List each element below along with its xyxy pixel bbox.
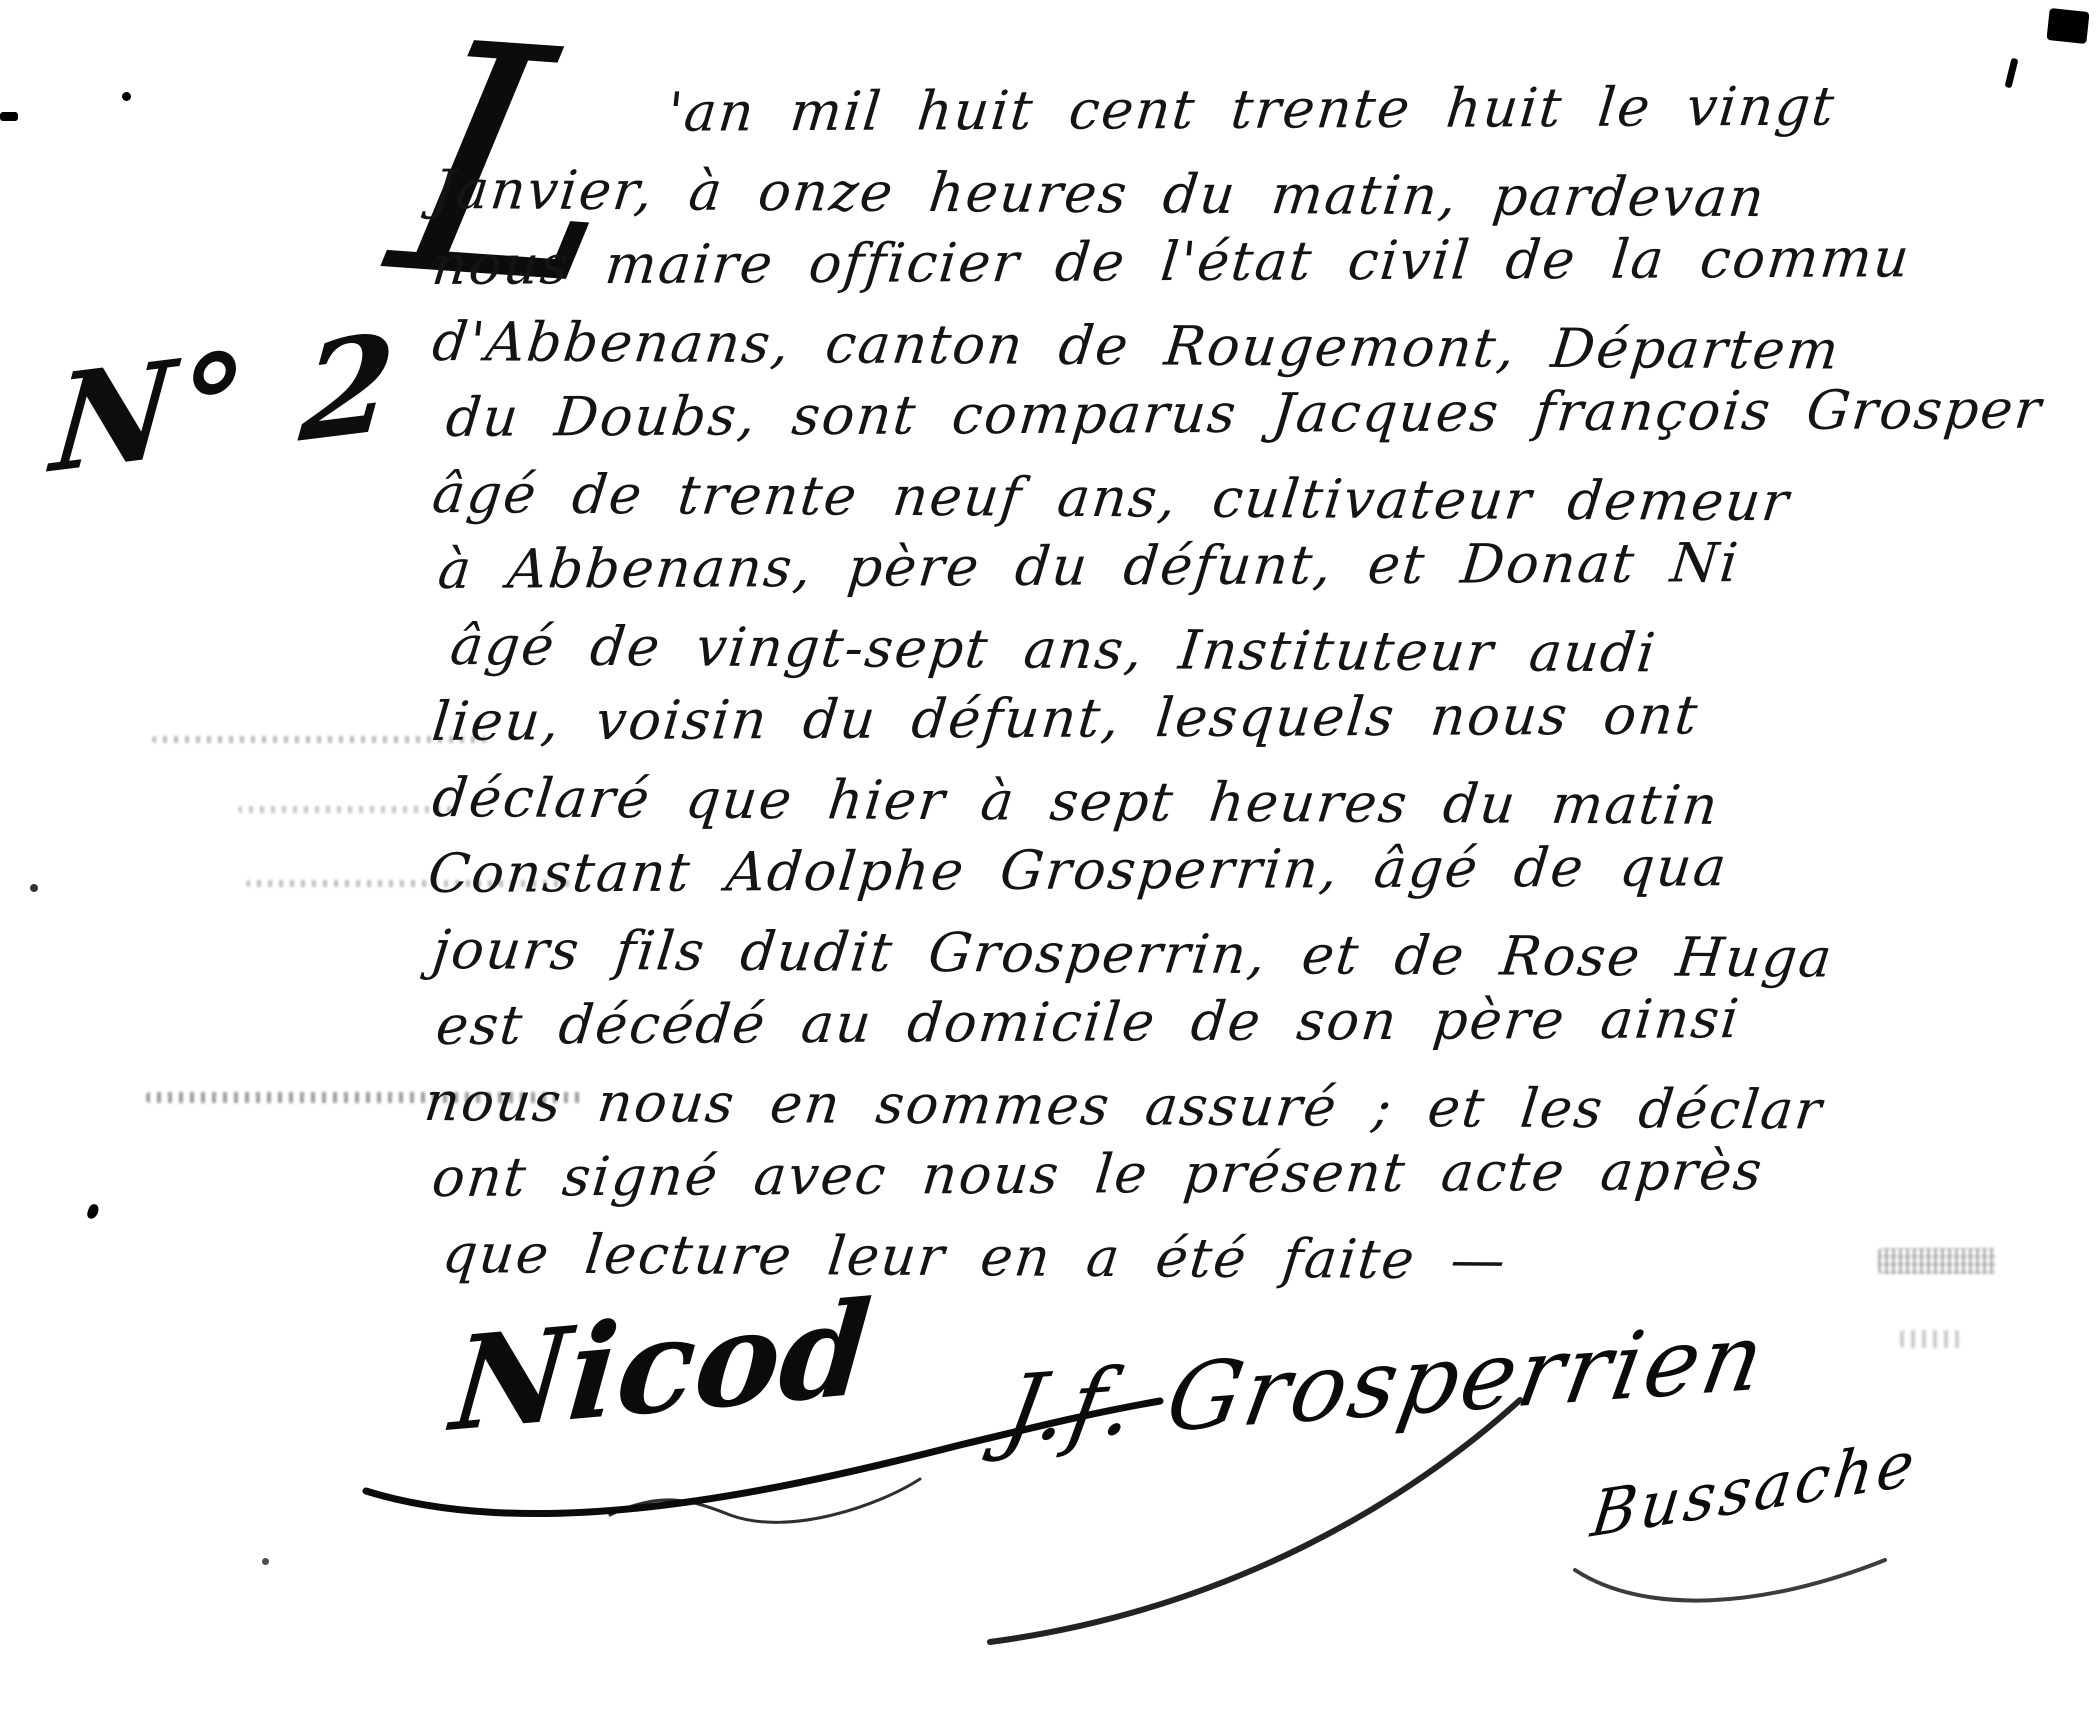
bleedthrough-smudge [1878, 1248, 1996, 1274]
ink-speck [86, 1203, 100, 1220]
ink-speck [30, 884, 38, 892]
act-text-line: 'an mil huit cent trente huit le vingt [428, 73, 2100, 158]
bleedthrough-band [246, 880, 576, 887]
margin-act-number: N° 2 [47, 316, 405, 493]
bleedthrough-band [238, 806, 453, 813]
act-text-line: lieu, voisin du défunt, lesquels nous on… [428, 681, 2100, 766]
act-text-block: 'an mil huit cent trente huit le vingt J… [428, 82, 2100, 1298]
act-text-line: est décédé au domicile de son père ainsi [432, 985, 2100, 1070]
signature-witness: Bussache [1587, 1425, 1922, 1552]
signature-grosperrin: J.f. Grosperrien [996, 1303, 1774, 1465]
ink-speck [262, 1558, 269, 1565]
act-text-line: à Abbenans, père du défunt, et Donat Ni [434, 529, 2100, 614]
act-text-line: ont signé avec nous le présent acte aprè… [428, 1137, 2100, 1222]
ink-speck [0, 112, 18, 121]
ink-speck [122, 92, 131, 101]
signature-nicod: Nicod [446, 1273, 876, 1461]
act-text-line: du Doubs, sont comparus Jacques françois… [442, 377, 2100, 462]
act-text-line: nous maire officier de l'état civil de l… [428, 225, 2100, 310]
bleedthrough-smudge [1900, 1330, 1960, 1348]
act-text-line: Constant Adolphe Grosperrin, âgé de qua [424, 833, 2100, 918]
scan-artifact-corner [2046, 8, 2089, 44]
bleedthrough-band [152, 736, 487, 743]
scanned-death-record-page: N° 2 L 'an mil huit cent trente huit le … [0, 0, 2100, 1721]
bleedthrough-band [146, 1092, 586, 1103]
